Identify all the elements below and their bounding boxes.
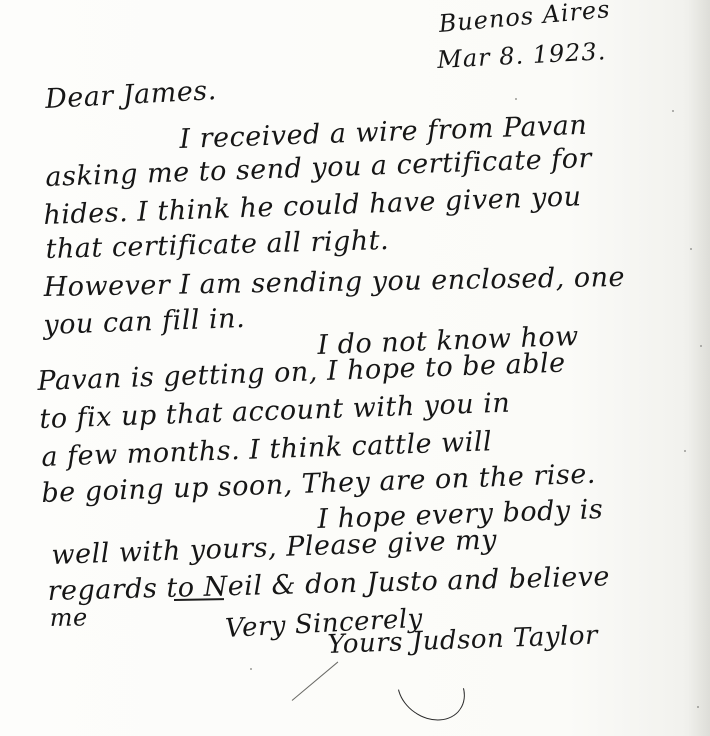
scan-speck <box>672 110 674 112</box>
scan-speck <box>250 668 252 670</box>
signature-stroke <box>292 662 339 701</box>
letter-place: Buenos Aires <box>438 0 612 38</box>
scan-speck <box>700 345 702 347</box>
body-line: However I am sending you enclosed, one <box>43 262 625 303</box>
scan-speck <box>690 248 692 250</box>
paper-edge-shadow <box>688 0 710 736</box>
body-line: that certificate all right. <box>45 225 389 265</box>
salutation: Dear James. <box>44 75 217 115</box>
scan-speck <box>697 706 699 708</box>
letter-date: Mar 8. 1923. <box>437 37 607 74</box>
signature-flourish <box>385 645 477 734</box>
body-line: you can fill in. <box>43 303 246 341</box>
body-line: well with yours, Please give my <box>51 524 498 571</box>
scan-speck <box>684 450 686 452</box>
letter-page: Buenos Aires Mar 8. 1923. Dear James. I … <box>0 0 710 736</box>
body-line: me <box>50 603 88 632</box>
scan-speck <box>515 98 517 100</box>
